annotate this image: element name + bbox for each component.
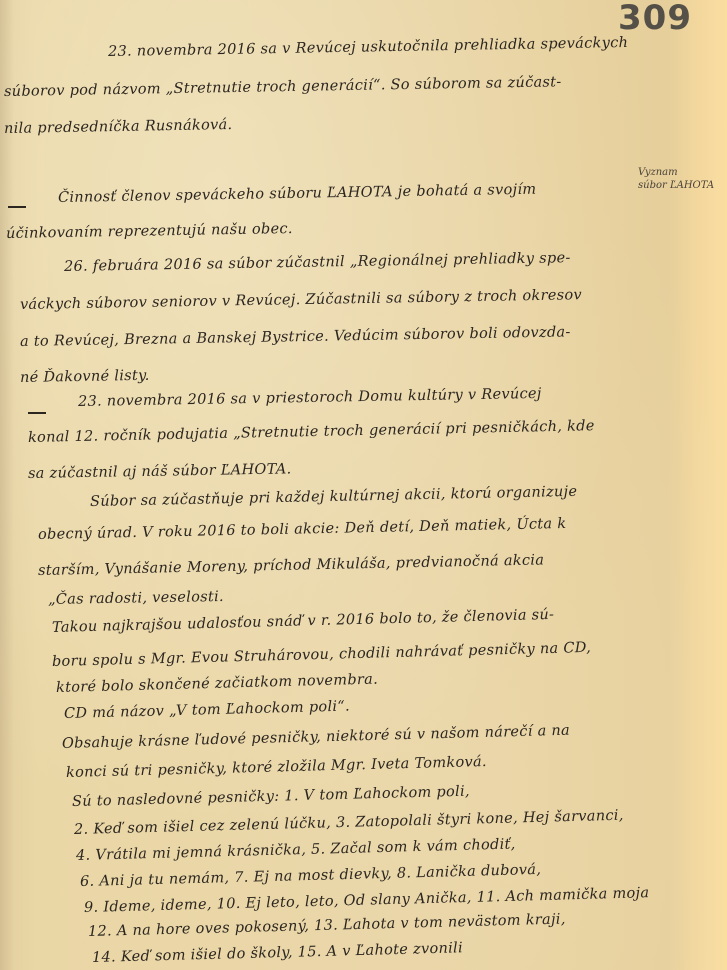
text-line: boru spolu s Mgr. Evou Struhárovou, chod… (52, 640, 591, 670)
paragraph-dash (8, 206, 26, 208)
text-line: sa zúčastnil aj náš súbor ĽAHOTA. (28, 461, 292, 482)
text-line: Činnosť členov speváckeho súboru ĽAHOTA … (58, 182, 537, 206)
page-number: 309 (618, 0, 692, 38)
song-list-line: 2. Keď som išiel cez zelenú lúčku, 3. Za… (74, 808, 624, 838)
text-line: obecný úrad. V roku 2016 to boli akcie: … (38, 516, 567, 543)
text-line: Obsahuje krásne ľudové pesničky, niektor… (62, 723, 570, 752)
text-line: nila predsedníčka Rusnáková. (4, 117, 233, 137)
page-right-edge (703, 0, 727, 970)
text-line: váckych súborov seniorov v Revúcej. Zúča… (20, 287, 582, 313)
text-line: Sú to nasledovné pesničky: 1. V tom Ľaho… (72, 784, 470, 810)
text-line: „Čas radosti, veselosti. (48, 589, 224, 608)
text-line: konal 12. ročník podujatia „Stretnutie t… (28, 418, 595, 446)
text-line: 23. novembra 2016 sa v Revúcej uskutočni… (108, 35, 628, 60)
song-list-line: 4. Vrátila mi jemná krásnička, 5. Začal … (76, 836, 516, 864)
paragraph-dash (28, 412, 46, 414)
text-line: 23. novembra 2016 sa v priestoroch Domu … (78, 386, 542, 410)
margin-note-line-2: súbor ĽAHOTA (638, 179, 714, 192)
song-list-line: 12. A na hore oves pokosený, 13. Ľahota … (88, 911, 566, 940)
text-line: né Ďakovné listy. (20, 368, 150, 386)
text-line: súborov pod názvom „Stretnutie troch gen… (4, 74, 562, 100)
text-line: ktoré bolo skončené začiatkom novembra. (56, 672, 378, 696)
song-list-line: 14. Keď som išiel do školy, 15. A v Ľaho… (92, 940, 463, 966)
text-line: starším, Vynášanie Moreny, príchod Mikul… (38, 552, 545, 579)
text-line: účinkovaním reprezentujú našu obec. (6, 221, 293, 242)
text-line: Takou najkrajšou udalosťou snáď v r. 201… (52, 607, 555, 636)
text-line: Súbor sa zúčastňuje pri každej kultúrnej… (90, 484, 578, 510)
text-line: a to Revúcej, Brezna a Banskej Bystrice.… (20, 324, 571, 350)
text-line: CD má názov „V tom Ľahockom poli“. (64, 699, 350, 722)
song-list-line: 6. Ani ja tu nemám, 7. Ej na most dievky… (80, 862, 542, 890)
chronicle-page: 309 Vyznam súbor ĽAHOTA 23. novembra 201… (0, 0, 727, 970)
margin-note: Vyznam súbor ĽAHOTA (638, 166, 714, 192)
margin-note-line-1: Vyznam (638, 166, 714, 179)
text-line: konci sú tri pesničky, ktoré zložila Mgr… (66, 754, 487, 781)
page-left-edge-shadow (0, 0, 14, 970)
text-line: 26. februára 2016 sa súbor zúčastnil „Re… (64, 250, 571, 275)
